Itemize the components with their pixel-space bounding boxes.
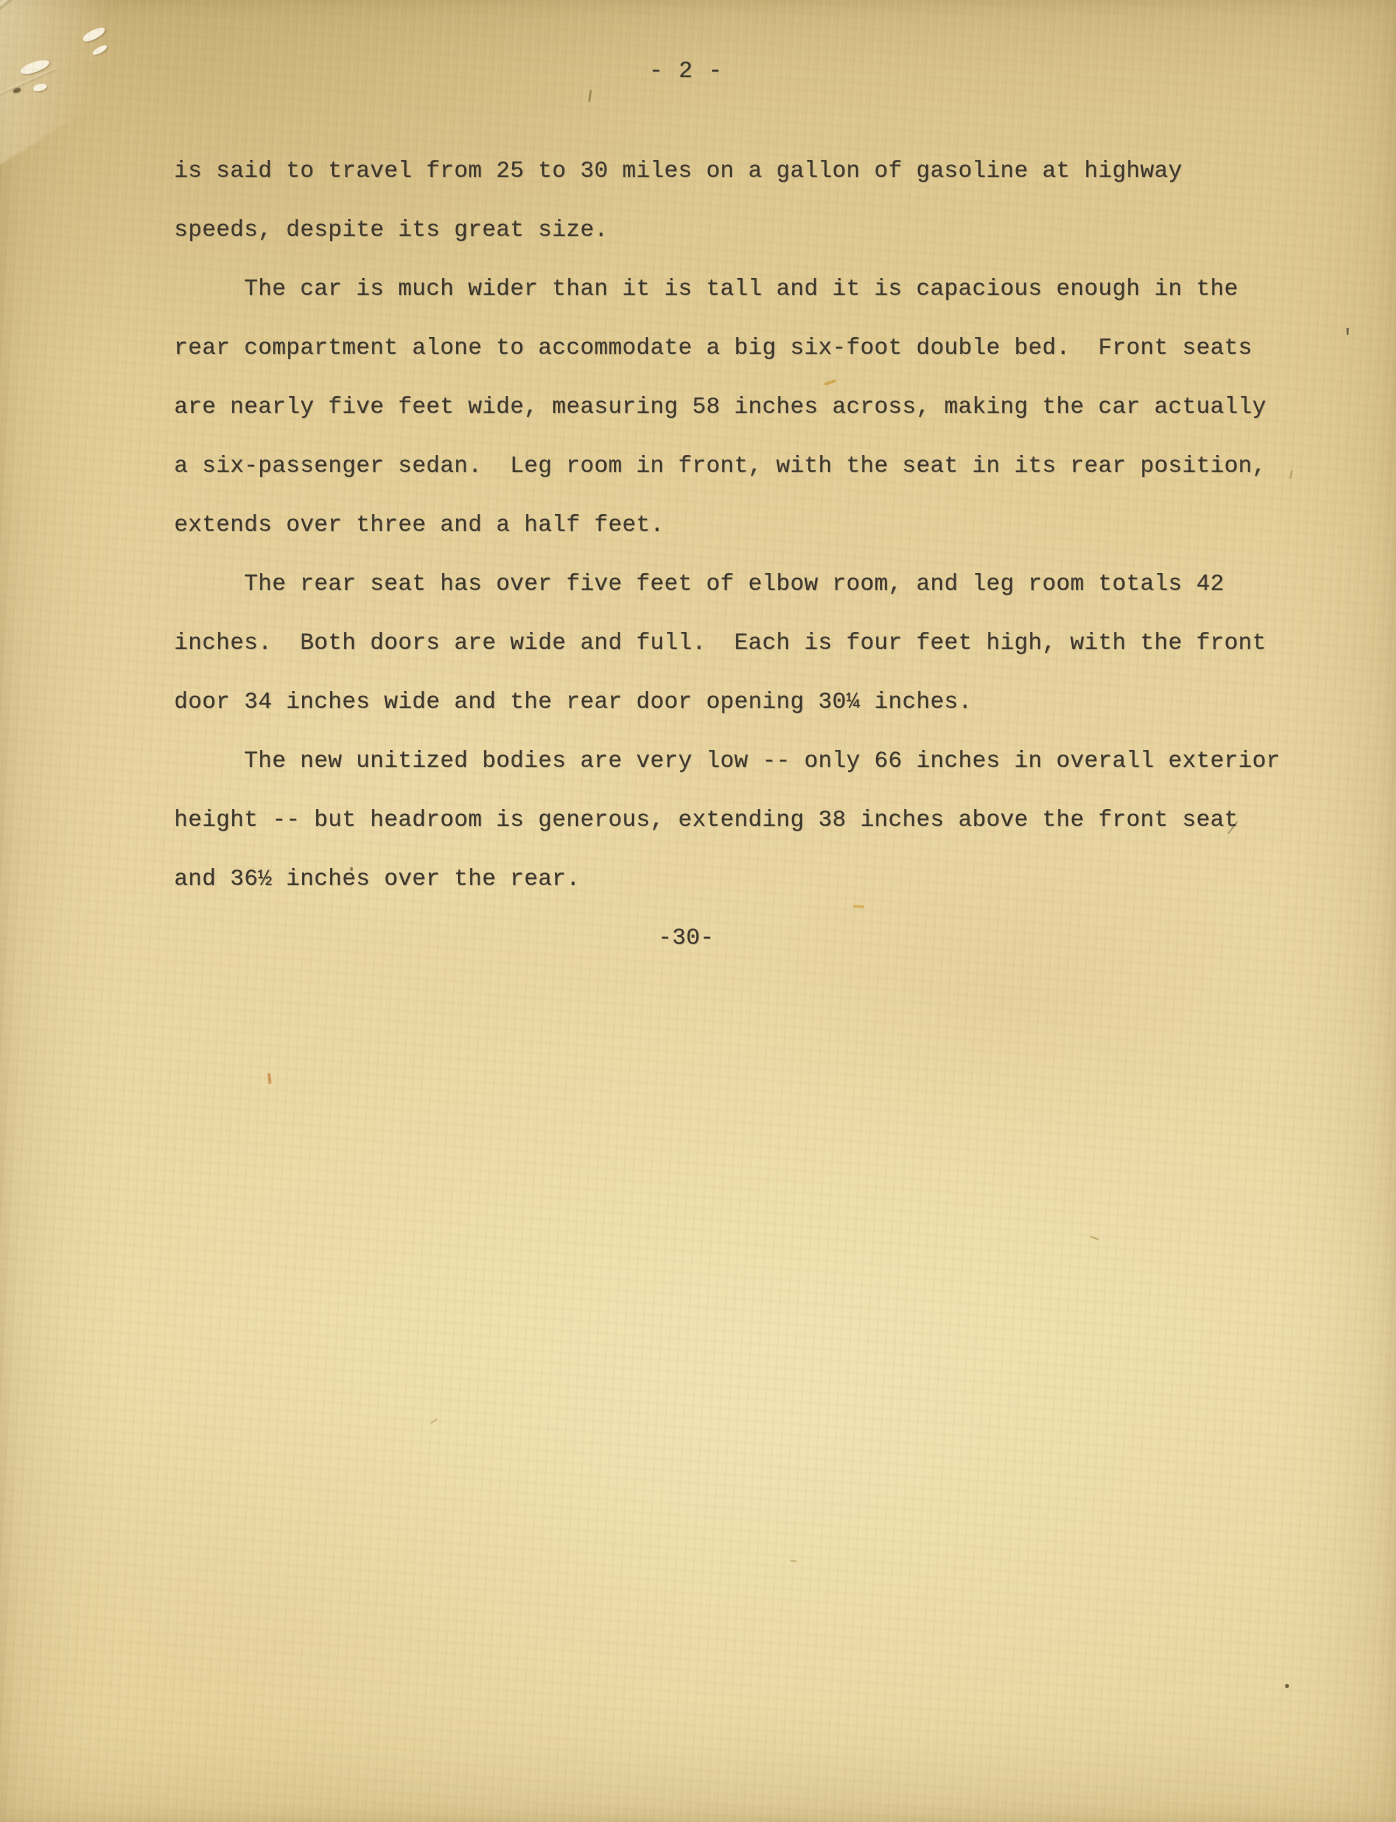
torn-corner-area — [0, 0, 183, 167]
stray-mark: / — [1226, 819, 1239, 840]
paper-speck — [267, 1073, 271, 1084]
page-body: is said to travel from 25 to 30 miles on… — [174, 142, 1198, 968]
text-line: The rear seat has over five feet of elbo… — [174, 555, 1198, 614]
text-line: door 34 inches wide and the rear door op… — [174, 673, 1198, 732]
text-line: is said to travel from 25 to 30 miles on… — [174, 142, 1198, 201]
text-line: speeds, despite its great size. — [174, 201, 1198, 260]
typewritten-page: - 2 - is said to travel from 25 to 30 mi… — [0, 0, 1396, 1822]
page-number: - 2 - — [174, 58, 1198, 84]
text-line: extends over three and a half feet. — [174, 496, 1198, 555]
stray-mark: ' — [1341, 326, 1354, 351]
paper-speck — [1289, 470, 1293, 479]
paper-speck — [1090, 1236, 1099, 1241]
text-line: inches. Both doors are wide and full. Ea… — [174, 614, 1198, 673]
text-line: The car is much wider than it is tall an… — [174, 260, 1198, 319]
paper-speck — [790, 1560, 797, 1563]
paper-speck — [430, 1418, 438, 1424]
text-line: and 36½ inches over the rear. — [174, 850, 1198, 909]
end-mark: -30- — [174, 909, 1198, 968]
text-line: are nearly five feet wide, measuring 58 … — [174, 378, 1198, 437]
text-line: a six-passenger sedan. Leg room in front… — [174, 437, 1198, 496]
text-line: height -- but headroom is generous, exte… — [174, 791, 1198, 850]
paper-speck — [1285, 1684, 1289, 1688]
paper-speck — [588, 90, 592, 102]
text-line: rear compartment alone to accommodate a … — [174, 319, 1198, 378]
text-line: The new unitized bodies are very low -- … — [174, 732, 1198, 791]
